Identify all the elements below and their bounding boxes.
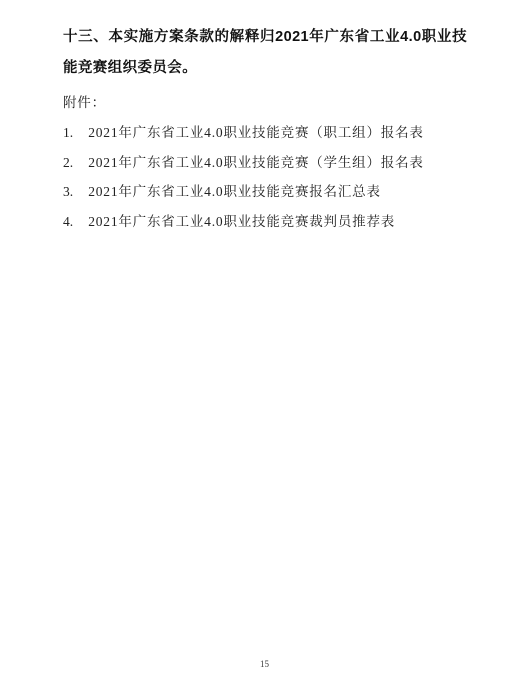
page-content: 十三、本实施方案条款的解释归2021年广东省工业4.0职业技能竞赛组织委员会。 … <box>63 22 467 236</box>
page-number: 15 <box>0 659 529 669</box>
list-item-number: 2. <box>63 148 84 178</box>
document-page: 十三、本实施方案条款的解释归2021年广东省工业4.0职业技能竞赛组织委员会。 … <box>0 0 529 680</box>
list-item-text: 2021年广东省工业4.0职业技能竞赛（学生组）报名表 <box>88 155 423 170</box>
list-item-number: 1. <box>63 118 84 148</box>
list-item-text: 2021年广东省工业4.0职业技能竞赛报名汇总表 <box>88 184 381 199</box>
list-item-text: 2021年广东省工业4.0职业技能竞赛（职工组）报名表 <box>88 125 423 140</box>
section-heading: 十三、本实施方案条款的解释归2021年广东省工业4.0职业技能竞赛组织委员会。 <box>63 22 467 84</box>
list-item: 3. 2021年广东省工业4.0职业技能竞赛报名汇总表 <box>63 177 467 207</box>
list-item: 2. 2021年广东省工业4.0职业技能竞赛（学生组）报名表 <box>63 148 467 178</box>
list-item: 1. 2021年广东省工业4.0职业技能竞赛（职工组）报名表 <box>63 118 467 148</box>
attachments-list: 1. 2021年广东省工业4.0职业技能竞赛（职工组）报名表 2. 2021年广… <box>63 118 467 236</box>
list-item: 4. 2021年广东省工业4.0职业技能竞赛裁判员推荐表 <box>63 207 467 237</box>
attachments-label: 附件： <box>63 88 467 118</box>
list-item-number: 3. <box>63 177 84 207</box>
list-item-number: 4. <box>63 207 84 237</box>
list-item-text: 2021年广东省工业4.0职业技能竞赛裁判员推荐表 <box>88 214 395 229</box>
